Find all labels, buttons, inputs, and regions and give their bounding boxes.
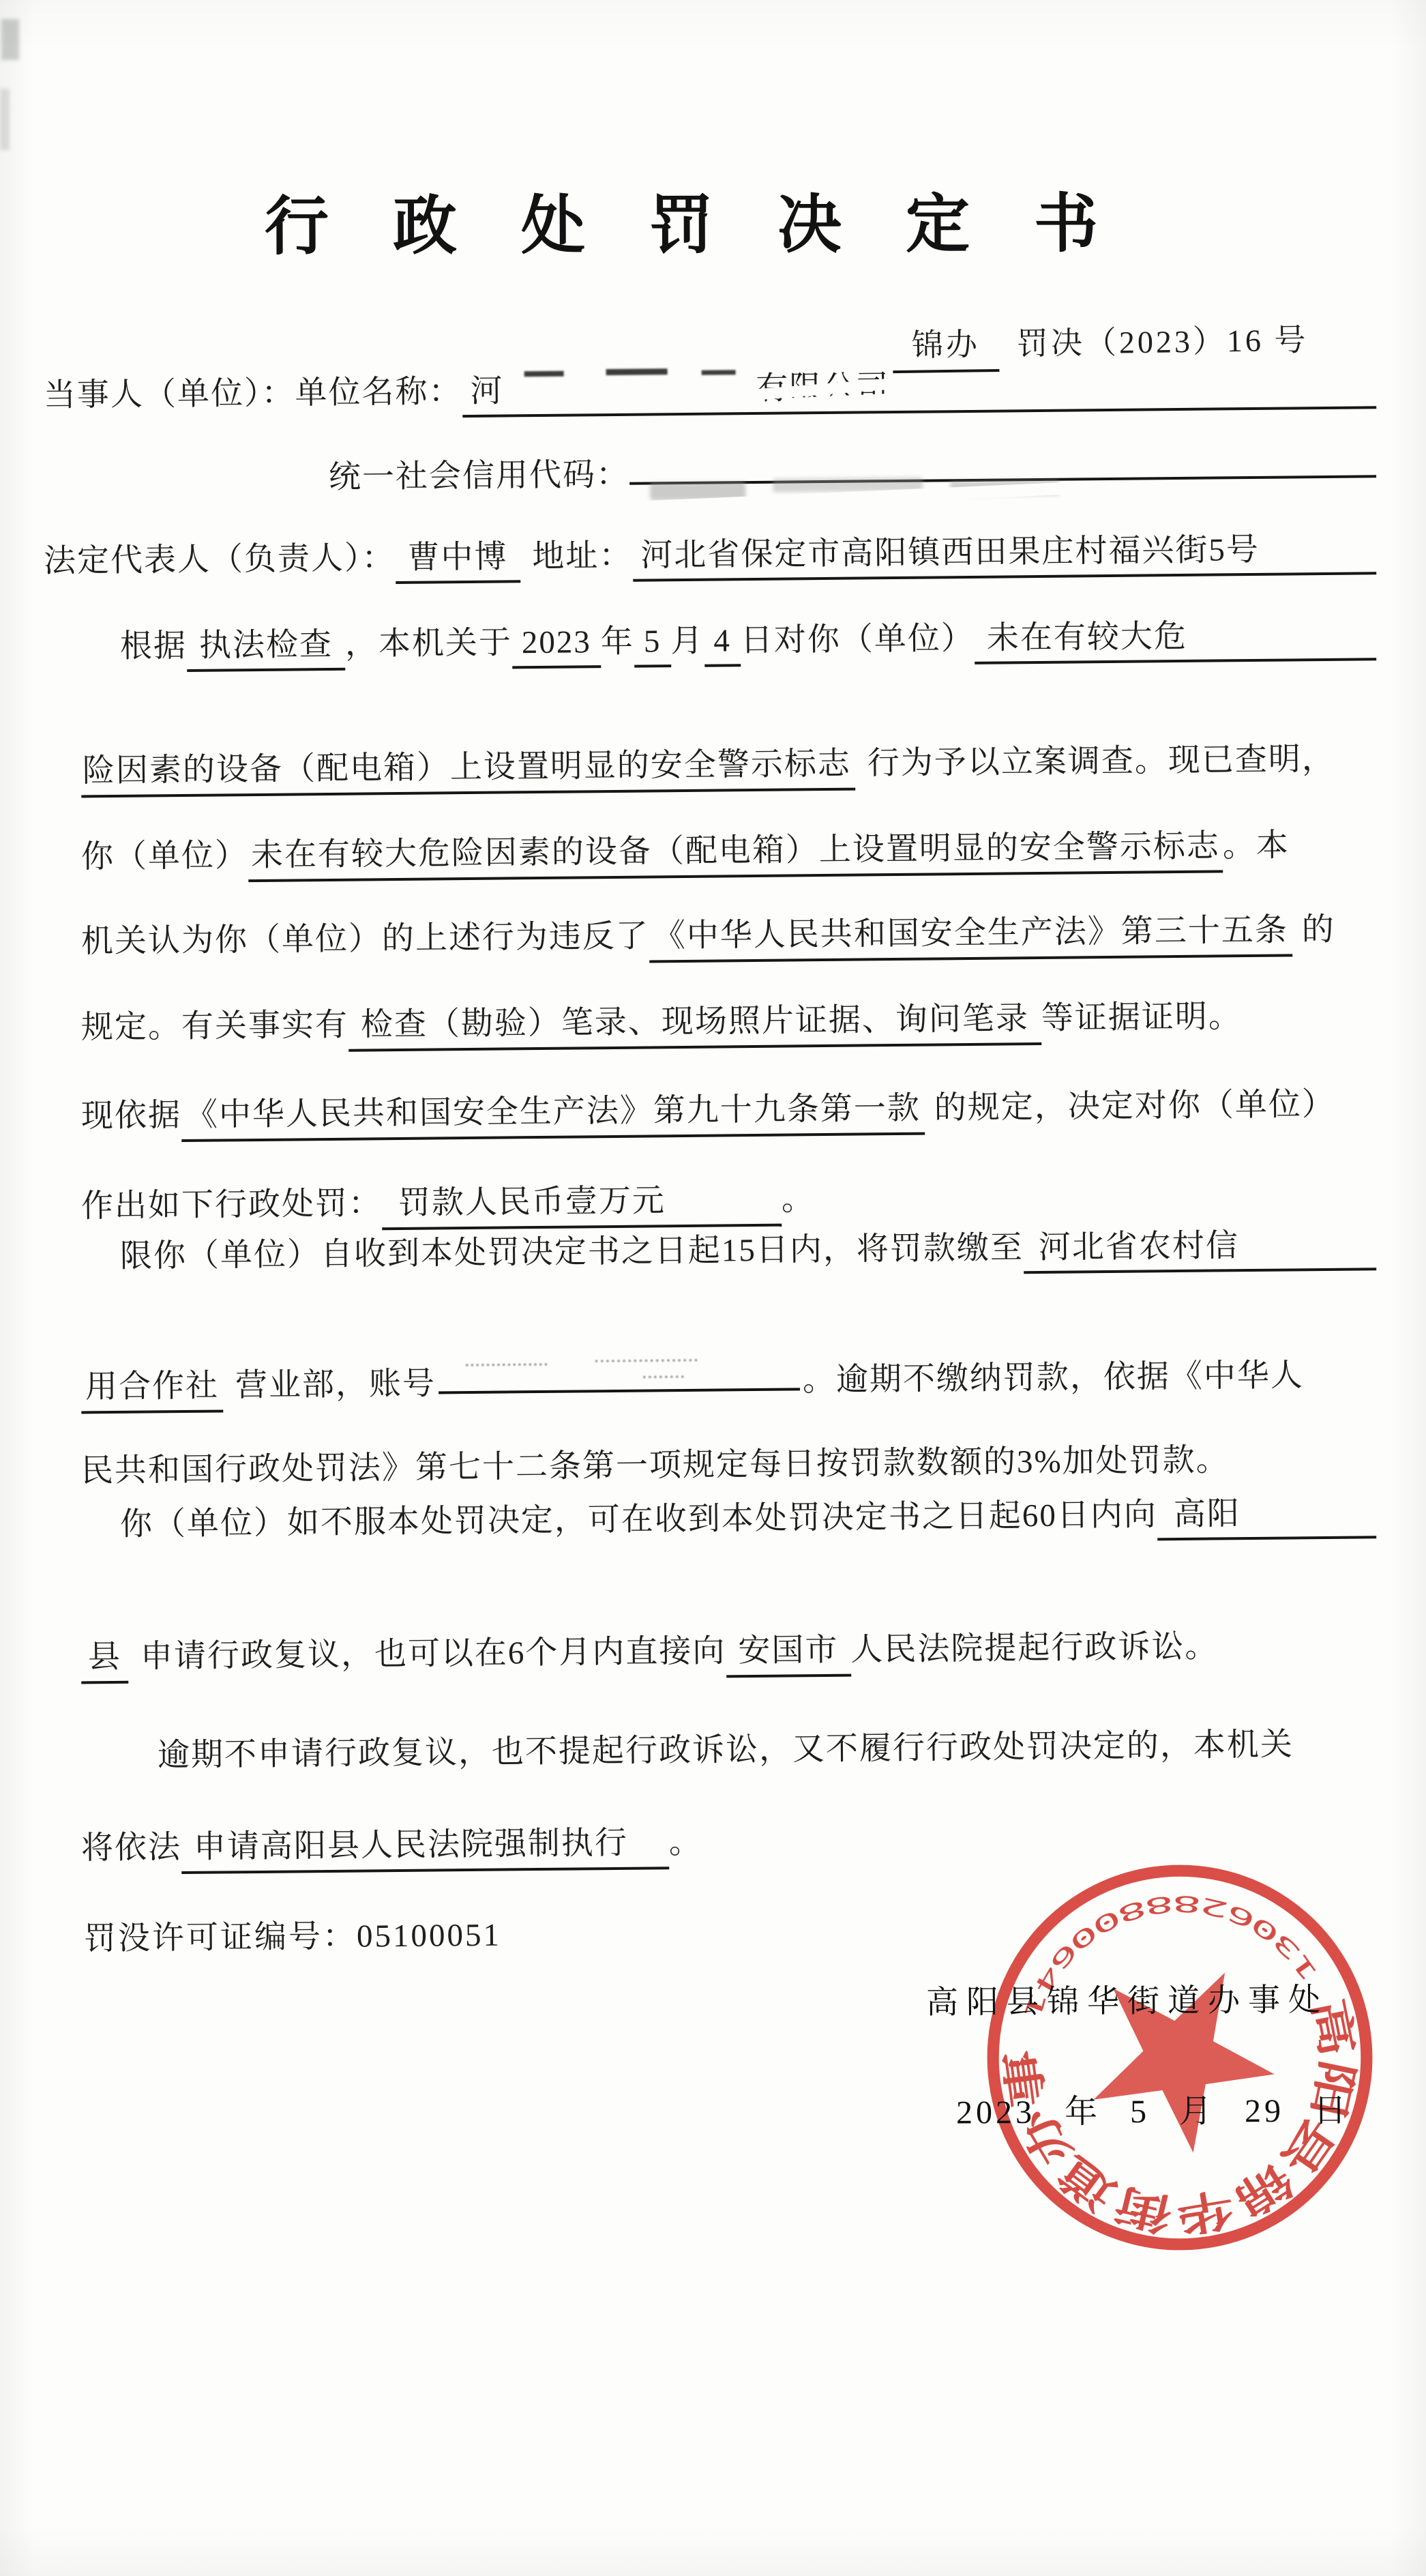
scan-smudge [0, 89, 10, 150]
penalty-amount-field: 罚款人民币壹万元 [382, 1181, 782, 1230]
issuing-office: 高阳县锦华街道办事处 [926, 1974, 1328, 2023]
violation-field: 未在有较大危 [975, 615, 1377, 664]
p1-text: 作出如下行政处罚： [81, 1186, 382, 1225]
day-field: 4 [704, 621, 741, 667]
legal-rep-label: 法定代表人（负责人）： [44, 539, 396, 581]
company-name-redaction [503, 368, 756, 406]
p2-text: 。逾期不缴纳罚款，依据《中华人 [803, 1358, 1304, 1399]
p1-text: 。本 [1223, 828, 1290, 864]
decision-date: 2023 年 5 月 29 日 [956, 2083, 1350, 2133]
permit-number: 罚没许可证编号：05100051 [43, 1877, 502, 1999]
credit-code-label: 统一社会信用代码： [329, 456, 630, 498]
month-field: 5 [634, 622, 671, 668]
legal-rep-name: 曹中博 [395, 538, 520, 584]
enforcement-field: 申请高阳县人民法院强制执行 [181, 1824, 670, 1874]
p1-text: 月 [670, 622, 704, 662]
p2-text: 民共和国行政处罚法》第七十二条第一项规定每日按罚款数额的3%加处罚款。 [81, 1443, 1230, 1489]
p1-text: 年 [601, 623, 635, 662]
p4-text: 。 [669, 1825, 702, 1860]
legal-rep-line: 法定代表人（负责人）：曹中博地址：河北省保定市高阳镇西田果庄村福兴街5号 [44, 529, 1377, 587]
p4-text: 逾期不申请行政复议，也不提起行政诉讼，又不履行行政处罚决定的，本机关 [158, 1727, 1294, 1774]
violation-field-cont: 险因素的设备（配电箱）上设置明显的安全警示标志 [81, 745, 856, 797]
docno-rest: 罚决（2023）16 号 [1017, 323, 1309, 362]
p1-text: 。 [782, 1182, 815, 1217]
p1-text: 日对你（单位） [741, 619, 975, 661]
basis-field: 执法检查 [187, 626, 346, 673]
law-violated-field: 《中华人民共和国安全生产法》第三十五条 [649, 911, 1293, 963]
p1-text: 机关认为你（单位）的上述行为违反了 [81, 919, 649, 960]
company-name-field: 河有限公司 [462, 362, 1376, 418]
company-name-suffix-wrap: 有限公司 [756, 368, 890, 409]
p3-text: 申请行政复议，也可以在6个月内直接向 [140, 1634, 726, 1675]
p1-text: 等证据证明。 [1041, 999, 1242, 1036]
bank-field-cont: 用合作社 [81, 1367, 224, 1414]
p1-text: ，本机关于 [345, 624, 513, 664]
p1-text: 根据 [120, 627, 188, 667]
company-name-prefix: 河 [470, 374, 503, 409]
evidence-field: 检查（勘验）笔录、现场照片证据、询问笔录 [348, 999, 1042, 1051]
address-field: 河北省保定市高阳镇西田果庄村福兴街5号 [632, 529, 1376, 582]
court-field: 安国市 [726, 1631, 851, 1678]
review-org-field: 高阳 [1157, 1493, 1377, 1540]
credit-code-line: 统一社会信用代码： [329, 448, 1376, 497]
p2-text: 营业部，账号 [235, 1366, 436, 1404]
credit-code-field [629, 471, 1376, 485]
party-label: 当事人（单位）：单位名称： [44, 372, 462, 415]
address-label: 地址： [532, 537, 633, 577]
p1-text: 你（单位） [81, 838, 248, 875]
p1-text: 行为予以立案调查。现已查明， [867, 742, 1335, 782]
scan-smudge [1, 19, 19, 60]
p3-text: 人民法院提起行政诉讼。 [850, 1629, 1218, 1668]
permit-number-text: 罚没许可证编号：05100051 [84, 1918, 501, 1957]
p1-text: 规定。有关事实有 [81, 1008, 348, 1046]
official-seal: 高阳县锦华街道办事处 1306288800641 [974, 1851, 1386, 2264]
account-number-field [439, 1357, 800, 1394]
p1-text: 的 [1302, 912, 1335, 948]
p4-text: 将依法 [81, 1830, 181, 1866]
penalty-decision-document: 行政处罚决定书 锦办罚决（2023）16 号 当事人（单位）：单位名称：河有限公… [0, 0, 1426, 2576]
party-line: 当事人（单位）：单位名称：河有限公司 [44, 362, 1377, 422]
year-field: 2023 [512, 623, 601, 669]
review-org-field-cont: 县 [81, 1638, 129, 1684]
penalty-law-field: 《中华人民共和国安全生产法》第九十九条第一款 [181, 1089, 925, 1142]
document-title: 行政处罚决定书 [265, 172, 1162, 267]
p2-text: 限你（单位）自收到本处罚决定书之日起15日内，将罚款缴至 [120, 1229, 1024, 1276]
paragraph1-line1: 根据执法检查，本机关于2023年5月4日对你（单位）未在有较大危 [44, 615, 1377, 673]
p1-text: 现依据 [81, 1098, 181, 1134]
p1-text: 的规定，决定对你（单位） [934, 1087, 1335, 1126]
bank-field: 河北省农村信 [1024, 1225, 1377, 1274]
